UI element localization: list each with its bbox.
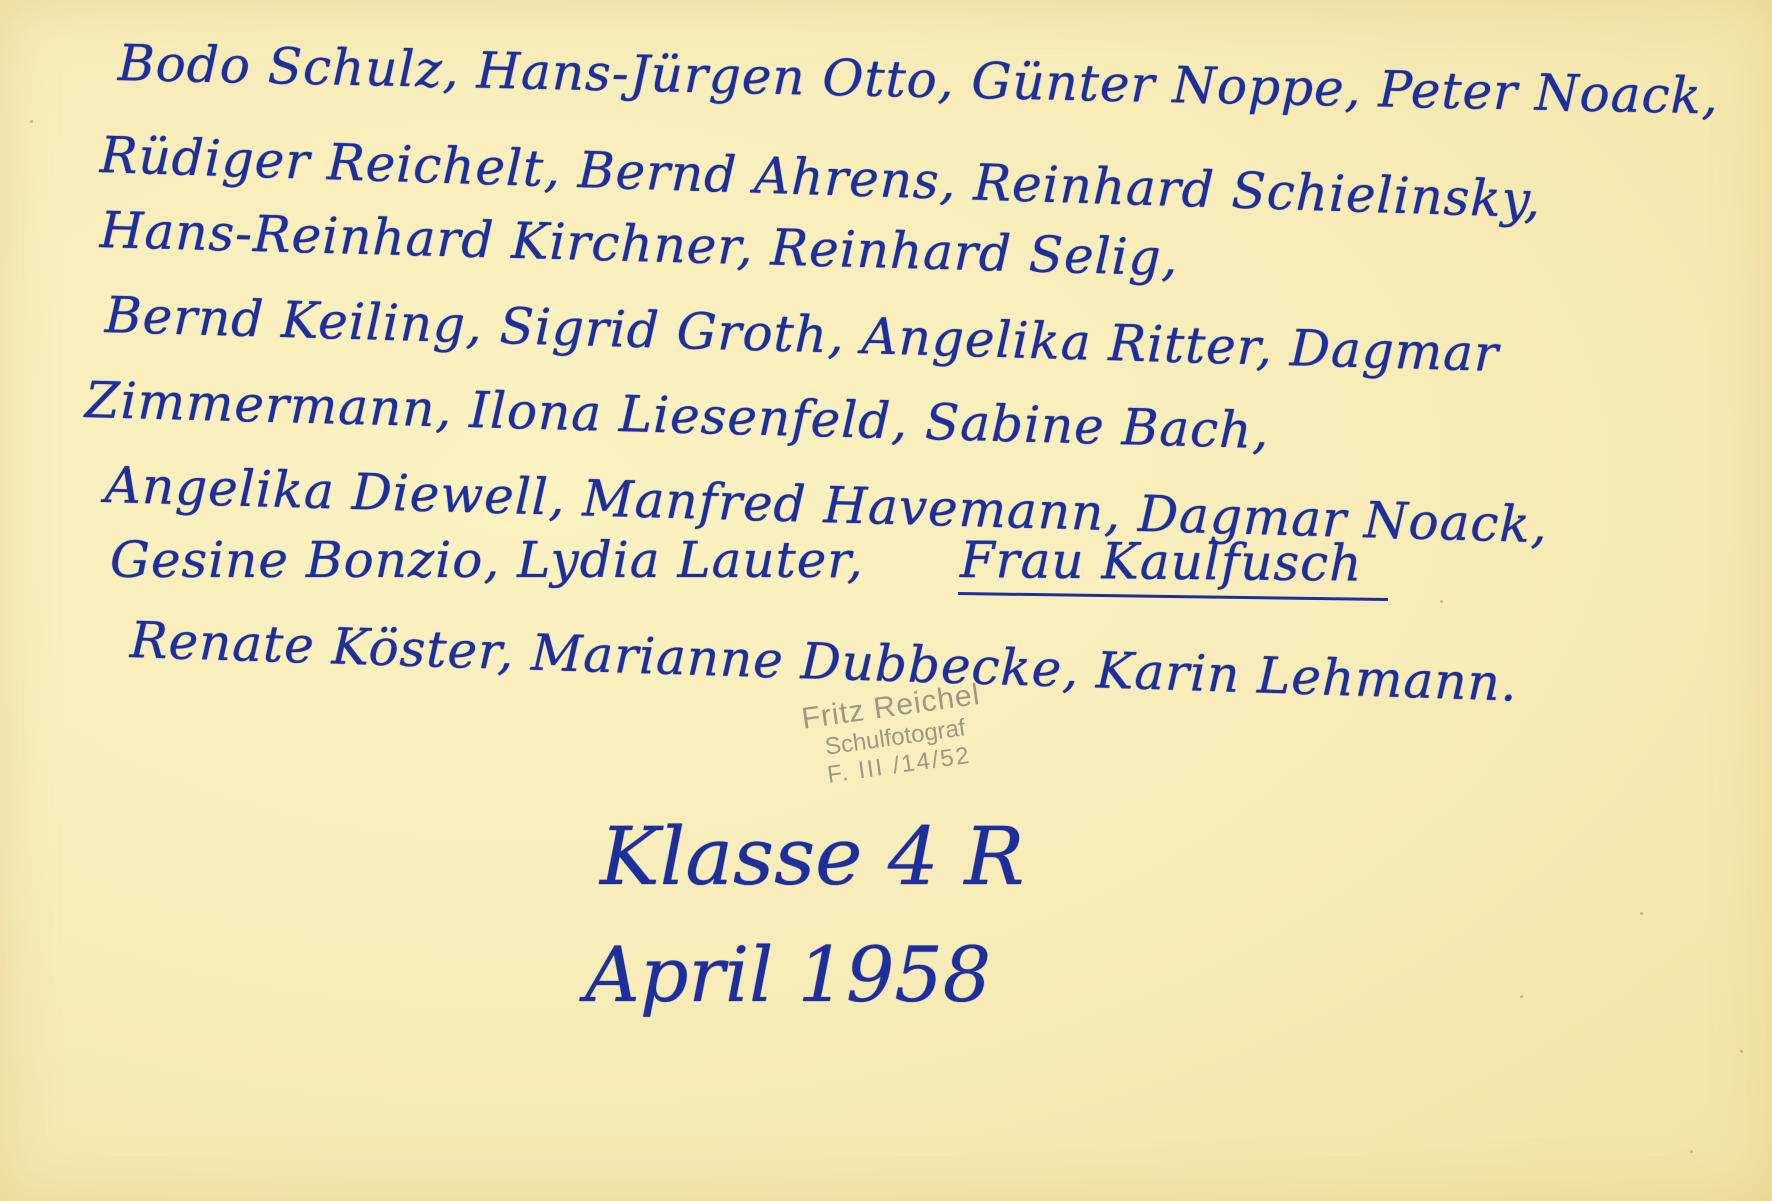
paper-speck xyxy=(1520,995,1523,998)
date-label: April 1958 xyxy=(585,930,991,1019)
names-line-7: Gesine Bonzio, Lydia Lauter, xyxy=(110,535,864,585)
class-label: Klasse 4 R xyxy=(600,810,1025,903)
teacher-underline xyxy=(958,592,1388,601)
names-line-4: Bernd Keiling, Sigrid Groth, Angelika Ri… xyxy=(104,290,1499,379)
paper-speck xyxy=(1740,1050,1743,1053)
paper-speck xyxy=(1440,600,1443,603)
names-line-3: Hans-Reinhard Kirchner, Reinhard Selig, xyxy=(99,205,1179,283)
photo-back-card: Bodo Schulz, Hans-Jürgen Otto, Günter No… xyxy=(0,0,1772,1201)
paper-speck xyxy=(30,120,33,123)
names-line-8: Renate Köster, Marianne Dubbecke, Karin … xyxy=(129,615,1518,709)
photographer-stamp: Fritz Reichel Schulfotograf F. III /14/5… xyxy=(800,678,990,792)
teacher-name: Frau Kaulfusch xyxy=(960,535,1363,589)
date-text: April 1958 xyxy=(585,930,991,1019)
class-name: Klasse 4 R xyxy=(600,810,1025,903)
paper-speck xyxy=(1690,1150,1693,1153)
names-line-1: Bodo Schulz, Hans-Jürgen Otto, Günter No… xyxy=(117,38,1719,122)
paper-speck xyxy=(1640,912,1643,915)
names-line-5: Zimmermann, Ilona Liesenfeld, Sabine Bac… xyxy=(84,375,1270,456)
